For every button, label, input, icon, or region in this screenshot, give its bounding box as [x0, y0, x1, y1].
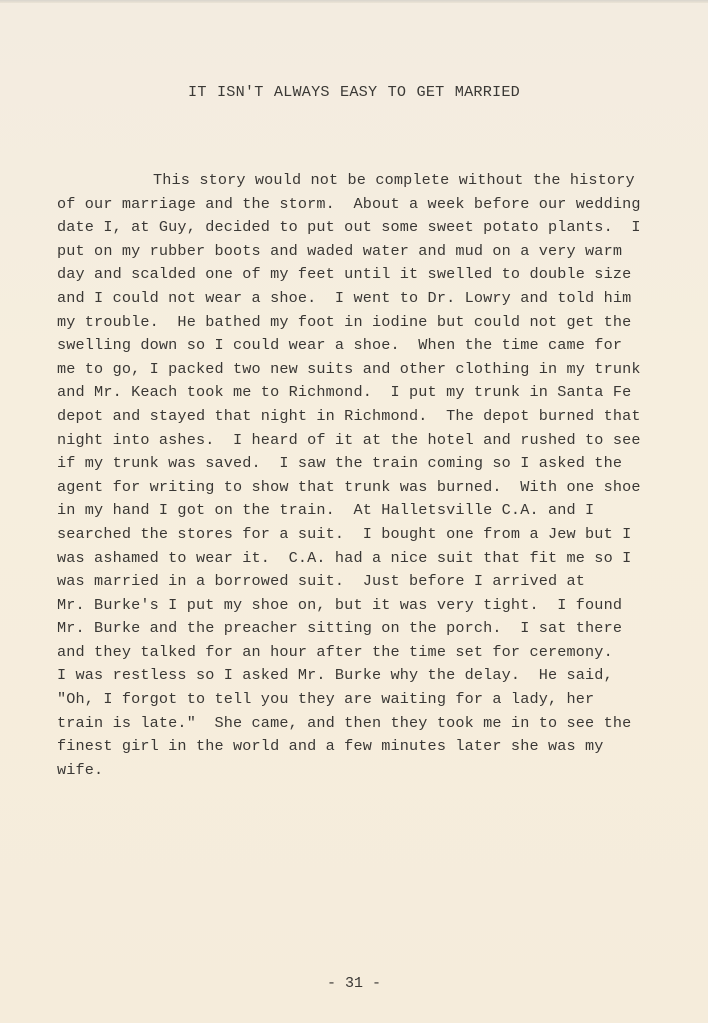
text-line: day and scalded one of my feet until it … [57, 263, 677, 287]
text-line: train is late." She came, and then they … [57, 712, 677, 736]
text-line: depot and stayed that night in Richmond.… [57, 405, 677, 429]
text-line: was ashamed to wear it. C.A. had a nice … [57, 547, 677, 571]
text-line: my trouble. He bathed my foot in iodine … [57, 311, 677, 335]
page-number: - 31 - [0, 975, 708, 992]
text-line: wife. [57, 759, 677, 783]
page-top-edge [0, 0, 708, 3]
text-line: and they talked for an hour after the ti… [57, 641, 677, 665]
document-title: IT ISN'T ALWAYS EASY TO GET MARRIED [0, 83, 708, 101]
text-line: This story would not be complete without… [57, 169, 677, 193]
text-line: I was restless so I asked Mr. Burke why … [57, 664, 677, 688]
text-line: agent for writing to show that trunk was… [57, 476, 677, 500]
text-line: in my hand I got on the train. At Hallet… [57, 499, 677, 523]
text-line: of our marriage and the storm. About a w… [57, 193, 677, 217]
text-line: was married in a borrowed suit. Just bef… [57, 570, 677, 594]
text-line: finest girl in the world and a few minut… [57, 735, 677, 759]
text-line: Mr. Burke and the preacher sitting on th… [57, 617, 677, 641]
text-line: me to go, I packed two new suits and oth… [57, 358, 677, 382]
text-line: night into ashes. I heard of it at the h… [57, 429, 677, 453]
text-line: swelling down so I could wear a shoe. Wh… [57, 334, 677, 358]
text-line: and I could not wear a shoe. I went to D… [57, 287, 677, 311]
document-page: IT ISN'T ALWAYS EASY TO GET MARRIED This… [0, 0, 708, 1023]
body-paragraph: This story would not be complete without… [57, 169, 677, 782]
text-line: date I, at Guy, decided to put out some … [57, 216, 677, 240]
text-line: Mr. Burke's I put my shoe on, but it was… [57, 594, 677, 618]
text-line: searched the stores for a suit. I bought… [57, 523, 677, 547]
text-line: and Mr. Keach took me to Richmond. I put… [57, 381, 677, 405]
text-line: "Oh, I forgot to tell you they are waiti… [57, 688, 677, 712]
text-line: put on my rubber boots and waded water a… [57, 240, 677, 264]
text-line: if my trunk was saved. I saw the train c… [57, 452, 677, 476]
